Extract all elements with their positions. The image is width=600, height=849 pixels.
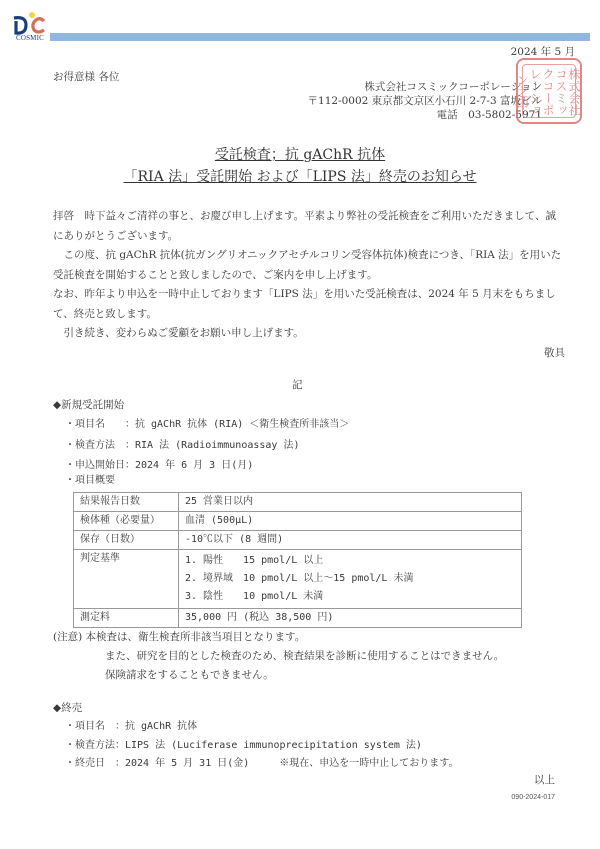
item-label: ・検査方法 xyxy=(65,739,115,753)
new-item-overview: ・項目概要 xyxy=(65,474,115,488)
table-key: 判定基準 xyxy=(74,550,179,609)
table-value: -10℃以下 (8 週間) xyxy=(179,531,522,550)
table-row: 検体種（必要量） 血清 (500μL) xyxy=(74,512,522,531)
title-line-1: 受託検査；抗 gAChR 抗体 xyxy=(0,144,600,164)
item-label: ・項目名 xyxy=(65,418,125,432)
ki-marker: 記 xyxy=(292,378,303,392)
table-value: 25 営業日以内 xyxy=(179,493,522,512)
paragraph-greeting: 拝啓 時下益々ご清祥の事と、お慶び申し上げます。平素より弊社の受託検査をご利用い… xyxy=(53,207,563,246)
table-row: 保存（日数） -10℃以下 (8 週間) xyxy=(74,531,522,550)
company-seal-stamp: 株式会社コスミックコーポレーション之印 xyxy=(516,58,582,124)
item-label: ・項目名 xyxy=(65,720,115,734)
stamp-text: 株式会社コスミックコーポレーション之印 xyxy=(518,65,580,119)
end-mark: 以上 xyxy=(534,773,555,787)
item-label: ・申込開始日 xyxy=(65,459,125,473)
new-item-name: ・項目名 ：抗 gAChR 抗体 (RIA) ＜衛生検査所非該当＞ xyxy=(65,418,349,432)
item-value: ：RIA 法 (Radioimmunoassay 法) xyxy=(125,440,300,451)
table-row: 結果報告日数 25 営業日以内 xyxy=(74,493,522,512)
title-line-2: 「RIA 法」受託開始 および「LIPS 法」終売のお知らせ xyxy=(0,166,600,186)
criteria-borderline: 2. 境界域 10 pmol/L 以上～15 pmol/L 未満 xyxy=(185,570,515,588)
paragraph-announcement: この度、抗 gAChR 抗体(抗ガングリオニックアセチルコリン受容体抗体)検査に… xyxy=(53,246,563,285)
item-value: ：抗 gAChR 抗体 xyxy=(115,721,197,732)
table-value-criteria: 1. 陽性 15 pmol/L 以上 2. 境界域 10 pmol/L 以上～1… xyxy=(179,550,522,609)
table-key: 検体種（必要量） xyxy=(74,512,179,531)
item-label: ・検査方法 xyxy=(65,439,125,453)
caution-notes: (注意) 本検査は、衛生検査所非該当項目となります。 また、研究を目的とした検査… xyxy=(53,628,504,685)
disc-item-method: ・検査方法：LIPS 法 (Luciferase immunoprecipita… xyxy=(65,739,422,753)
new-item-start-date: ・申込開始日：2024 年 6 月 3 日(月) xyxy=(65,459,253,473)
table-value: 35,000 円 (税込 38,500 円) xyxy=(179,609,522,628)
disc-item-name: ・項目名 ：抗 gAChR 抗体 xyxy=(65,720,197,734)
cosmic-logo: COSMIC xyxy=(10,12,48,44)
document-number: 090-2024-017 xyxy=(511,794,555,801)
company-phone: 電話 03-5802-5971 xyxy=(308,108,542,122)
item-value: ：2024 年 6 月 3 日(月) xyxy=(125,460,253,471)
item-label: ・項目概要 xyxy=(65,474,115,488)
header-bar xyxy=(50,33,590,41)
company-address: 〒112-0002 東京都文京区小石川 2-7-3 富坂ビル xyxy=(308,94,542,108)
discontinued-heading: ◆終売 xyxy=(53,701,82,715)
recipient: お得意様 各位 xyxy=(53,70,119,84)
table-row: 判定基準 1. 陽性 15 pmol/L 以上 2. 境界域 10 pmol/L… xyxy=(74,550,522,609)
table-key: 結果報告日数 xyxy=(74,493,179,512)
document-date: 2024 年 5 月 xyxy=(511,45,575,59)
company-name: 株式会社コスミックコーポレーション xyxy=(308,80,542,94)
item-value: ：抗 gAChR 抗体 (RIA) ＜衛生検査所非該当＞ xyxy=(125,419,349,430)
table-key: 保存（日数） xyxy=(74,531,179,550)
paragraph-closing: 引き続き、変わらぬご愛顧をお願い申し上げます。 xyxy=(53,324,563,344)
table-key: 測定料 xyxy=(74,609,179,628)
overview-table: 結果報告日数 25 営業日以内 検体種（必要量） 血清 (500μL) 保存（日… xyxy=(73,492,522,628)
closing-keigu: 敬具 xyxy=(544,346,565,360)
item-value: ：2024 年 5 月 31 日(金) ※現在、申込を一時中止しております。 xyxy=(115,758,459,769)
note-line: (注意) 本検査は、衛生検査所非該当項目となります。 xyxy=(53,628,504,647)
table-value: 血清 (500μL) xyxy=(179,512,522,531)
logo-text: COSMIC xyxy=(10,34,50,42)
item-value: ：LIPS 法 (Luciferase immunoprecipitation … xyxy=(115,740,422,751)
note-line: また、研究を目的とした検査のため、検査結果を診断に使用することはできません。 xyxy=(53,647,504,666)
company-info: 株式会社コスミックコーポレーション 〒112-0002 東京都文京区小石川 2-… xyxy=(308,80,542,122)
letter-body: 拝啓 時下益々ご清祥の事と、お慶び申し上げます。平素より弊社の受託検査をご利用い… xyxy=(53,207,563,344)
note-line: 保険請求をすることもできません。 xyxy=(53,666,504,685)
criteria-negative: 3. 陰性 10 pmol/L 未満 xyxy=(185,588,515,606)
criteria-positive: 1. 陽性 15 pmol/L 以上 xyxy=(185,552,515,570)
table-row: 測定料 35,000 円 (税込 38,500 円) xyxy=(74,609,522,628)
disc-item-end-date: ・終売日 ：2024 年 5 月 31 日(金) ※現在、申込を一時中止しており… xyxy=(65,757,459,771)
item-label: ・終売日 xyxy=(65,757,115,771)
new-item-method: ・検査方法 ：RIA 法 (Radioimmunoassay 法) xyxy=(65,439,300,453)
paragraph-discontinuation: なお、昨年より申込を一時中止しております「LIPS 法」を用いた受託検査は、20… xyxy=(53,285,563,324)
logo-mark-icon xyxy=(10,12,48,36)
new-service-heading: ◆新規受託開始 xyxy=(53,398,124,412)
